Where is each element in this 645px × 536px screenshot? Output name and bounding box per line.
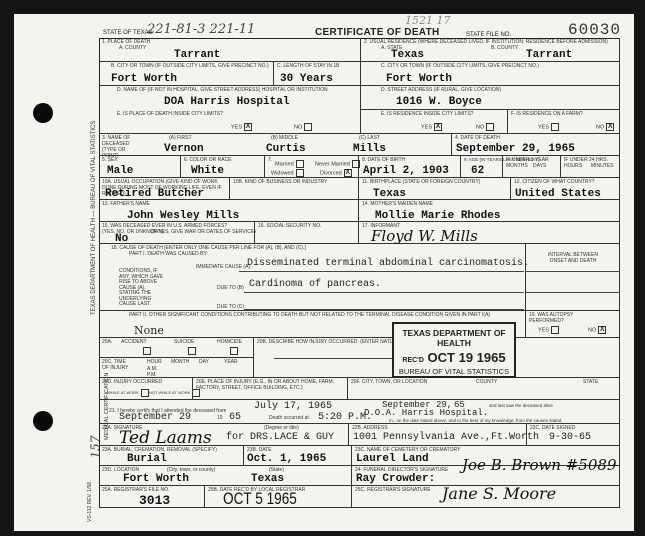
first-name-value: Vernon	[164, 143, 204, 155]
funeral-director-signature: Joe B. Brown #5089	[462, 456, 616, 474]
funeral-director-cell: 24. FUNERAL DIRECTOR'S SIGNATURE Ray Cro…	[352, 466, 620, 486]
label: e. IS PLACE OF DEATH INSIDE CITY LIMITS?	[117, 111, 223, 117]
place-county-value: Tarrant	[174, 49, 220, 61]
label: Never Married	[315, 161, 350, 167]
label: YES	[538, 124, 549, 130]
burial-date-value: Oct. 1, 1965	[247, 453, 326, 465]
father-cell: 13. FATHER'S NAME John Wesley Mills	[99, 200, 359, 222]
label: NO	[596, 124, 604, 130]
farm-yes[interactable]: YES	[538, 123, 559, 131]
stamp-date: OCT 19 1965	[428, 350, 506, 365]
label: YES	[421, 124, 432, 130]
checkbox-while-at-work[interactable]	[141, 389, 149, 397]
ssn-cell: 16. SOCIAL SECURITY NO.	[255, 222, 359, 244]
label: Minutes	[591, 163, 614, 169]
state-file-number: 60030	[568, 21, 621, 39]
injury-time-cell: 20c. TIME OF INJURY Hour a.m. p.m. Month…	[99, 358, 254, 378]
label: Month	[171, 359, 189, 365]
form-number: VS-112 REV. 1/58	[87, 482, 93, 522]
checkbox-yes[interactable]: X	[244, 123, 252, 131]
last-seen-place: D.O.A. Harris Hospital.	[364, 408, 488, 418]
handwritten-annotation: 1521 17	[405, 14, 451, 27]
attended-to-year: 65	[229, 412, 241, 423]
address-value: 1001 Pennsylvania Ave.,Ft.Worth	[353, 432, 539, 443]
injury-type-cell: 20a. ACCIDENT SUICIDE HOMICIDE	[99, 338, 254, 358]
punch-hole	[33, 411, 53, 431]
length-of-stay-value: 30 Years	[280, 73, 333, 85]
label: WHILE AT WORK	[107, 390, 139, 395]
handwritten-codes: 221-81-3 221-11	[147, 22, 255, 37]
burial-state-value: Texas	[251, 473, 284, 485]
label: c. LENGTH OF STAY in 1b	[277, 63, 340, 69]
stamp-bureau: BUREAU OF VITAL STATISTICS	[394, 367, 514, 376]
registrar-file-value: 3013	[139, 493, 170, 508]
last-name-value: Mills	[353, 143, 386, 155]
label: and last saw the deceased alive	[489, 403, 553, 409]
stamp-department: TEXAS DEPARTMENT OF HEALTH	[394, 328, 514, 348]
label: Day	[199, 359, 209, 365]
certification-cell: 21. I hereby certify that I attended the…	[99, 400, 620, 424]
label: Conditions, if any, which gave rise to a…	[119, 269, 164, 308]
registrar-signature: Jane S. Moore	[442, 484, 556, 503]
label: d. STREET ADDRESS (If rural, give locati…	[381, 87, 501, 93]
label: INTERVAL BETWEEN ONSET AND DEATH	[540, 252, 606, 264]
label: (b) Middle	[271, 135, 298, 141]
label: Married	[275, 161, 294, 167]
label: NO	[294, 124, 302, 130]
burial-type-cell: 23a. BURIAL, CREMATION, REMOVAL (Specify…	[99, 446, 244, 466]
label: 19. WAS AUTOPSY PERFORMED?	[529, 312, 609, 324]
label: (Degree or title)	[264, 425, 299, 431]
label: (a) First	[169, 135, 192, 141]
label: Divorced	[320, 170, 342, 176]
signature-cell: 22a. SIGNATURE (Degree or title) Ted Laa…	[99, 424, 349, 446]
checkbox-widowed[interactable]	[296, 169, 304, 177]
label: 5. SEX	[102, 157, 118, 163]
label: COUNTY	[476, 379, 497, 385]
place-of-death-county-cell: 1. PLACE OF DEATH a. COUNTY Tarrant	[99, 38, 361, 62]
sex-value: Male	[107, 165, 133, 177]
place-city-value: Fort Worth	[111, 73, 177, 85]
residence-city-value: Fort Worth	[386, 73, 452, 85]
stamp-recd: REC'D	[402, 357, 424, 364]
cemetery-value: Laurel Land	[356, 453, 429, 465]
informant-signature: Floyd W. Mills	[371, 227, 478, 245]
occupation-cell: 10a. USUAL OCCUPATION (Give kind of work…	[99, 178, 230, 200]
occupation-value: Retired Butcher	[105, 188, 204, 200]
label: HOMICIDE	[217, 339, 242, 345]
birthplace-value: Texas	[373, 188, 406, 200]
physician-signature: Ted Laams	[119, 428, 212, 448]
label: Hours	[564, 163, 582, 169]
part-two-value: None	[134, 324, 164, 337]
label: 20d. INJURY OCCURRED	[102, 379, 162, 385]
injury-place-cell: 20e. PLACE OF INJURY (e.g., in or about …	[193, 378, 348, 400]
degree-value: for DRS.LACE & GUY	[226, 432, 334, 443]
checkbox-yes[interactable]: X	[434, 123, 442, 131]
burial-date-cell: 23b. DATE Oct. 1, 1965	[244, 446, 352, 466]
informant-cell: 17. INFORMANT Floyd W. Mills	[359, 222, 620, 244]
received-stamp: TEXAS DEPARTMENT OF HEALTH REC'D OCT 19 …	[392, 322, 516, 378]
label: 14. MOTHER'S MAIDEN NAME	[362, 201, 433, 207]
label: b. CITY OR TOWN (If outside city limits,…	[111, 63, 269, 69]
label: (c) Last	[359, 135, 380, 141]
due-to-b-value: Cardinoma of pancreas.	[249, 279, 381, 290]
residence-county-value: Tarrant	[526, 49, 572, 61]
label: a. COUNTY	[119, 45, 146, 51]
inside-limits-no[interactable]: NO	[294, 123, 312, 131]
citizen-cell: 12. CITIZEN OF WHAT COUNTRY? United Stat…	[511, 178, 620, 200]
residence-farm-cell: f. IS RESIDENCE ON A FARM? YES NOX	[508, 110, 620, 134]
farm-no[interactable]: NOX	[596, 123, 614, 131]
label: PART I. DEATH WAS CAUSED BY:	[129, 251, 208, 257]
race-cell: 6. COLOR OR RACE White	[181, 156, 265, 178]
burial-location-cell: 23d. LOCATION (City, town, or county) (S…	[99, 466, 352, 486]
registrar-signature-cell: 25c. REGISTRAR'S SIGNATURE Jane S. Moore	[352, 486, 620, 508]
label: ACCIDENT	[121, 339, 147, 345]
label: IMMEDIATE CAUSE (a)	[196, 264, 250, 270]
label: 20c. TIME OF INJURY	[102, 359, 132, 371]
residence-inside-limits-cell: e. IS RESIDENCE INSIDE CITY LIMITS? YESX…	[361, 110, 508, 134]
checkbox-accident[interactable]	[143, 347, 151, 355]
checkbox-divorced[interactable]: X	[344, 169, 352, 177]
injury-location-cell: 20f. CITY, TOWN, OR LOCATION COUNTY STAT…	[348, 378, 620, 400]
divorced-option[interactable]: DivorcedX	[320, 169, 352, 177]
label: Widowed	[271, 170, 294, 176]
label: 25c. REGISTRAR'S SIGNATURE	[355, 487, 431, 493]
label: b. COUNTY	[491, 45, 518, 51]
label: (If yes, give war or dates of service)	[151, 229, 256, 235]
punch-hole	[33, 103, 53, 123]
residence-inside-yes[interactable]: YESX	[421, 123, 442, 131]
residence-state-county-cell: 2. USUAL RESIDENCE (Where deceased lived…	[361, 38, 620, 62]
attended-to-value: September 29	[119, 412, 191, 423]
label: e. IS RESIDENCE INSIDE CITY LIMITS?	[381, 111, 473, 117]
label: 11. BIRTHPLACE (State or foreign country…	[362, 179, 480, 185]
under-24-hours-cell: IF UNDER 24 HRS. Hours Minutes	[561, 156, 620, 178]
line	[526, 271, 620, 272]
date-signed-value: 9-30-65	[549, 432, 591, 443]
label: Death occurred at	[269, 415, 309, 421]
line	[244, 292, 524, 293]
institution-cell: d. NAME OF (If not in hospital, give str…	[99, 86, 361, 134]
label: NO	[588, 327, 596, 333]
label: 7.	[268, 157, 272, 163]
label: 20f. CITY, TOWN, OR LOCATION	[351, 379, 427, 385]
label: 22c. DATE SIGNED	[530, 425, 575, 431]
place-city-cell: b. CITY OR TOWN (If outside city limits,…	[99, 62, 274, 86]
attended-from-value: July 17, 1965	[254, 401, 332, 412]
race-value: White	[191, 165, 224, 177]
date-of-death-cell: 4. DATE OF DEATH September 29, 1965	[452, 134, 620, 156]
age-value: 62	[471, 165, 484, 177]
label: c. CITY OR TOWN (If outside city limits,…	[381, 63, 539, 69]
label: f. IS RESIDENCE ON A FARM?	[511, 111, 583, 117]
state-label: STATE OF TEXAS	[103, 30, 153, 36]
checkbox-no[interactable]	[486, 123, 494, 131]
middle-name-value: Curtis	[266, 143, 306, 155]
line	[526, 292, 620, 293]
label: Hour	[147, 359, 162, 365]
funeral-director-value: Ray Crowder:	[356, 473, 435, 485]
checkbox-no[interactable]	[304, 123, 312, 131]
under-one-year-cell: IF UNDER 1 YEAR Months Days	[503, 156, 561, 178]
dob-value: April 2, 1903	[363, 165, 449, 177]
interval-cell: INTERVAL BETWEEN ONSET AND DEATH	[526, 244, 620, 310]
line	[239, 271, 524, 272]
institution-value: DOA Harris Hospital	[164, 96, 289, 108]
never-married-option[interactable]: Never Married	[315, 160, 360, 168]
label: d. NAME OF (If not in hospital, give str…	[117, 87, 328, 93]
age-cell: 9. AGE (In years last birthday) 62	[461, 156, 503, 178]
while-at-work-option[interactable]: WHILE AT WORK	[107, 389, 149, 397]
label: YES	[231, 124, 242, 130]
label: 19	[217, 415, 223, 421]
armed-forces-cell: 15. WAS DECEASED EVER IN U.S. ARMED FORC…	[99, 222, 255, 244]
residence-city-cell: c. CITY OR TOWN (If outside city limits,…	[361, 62, 620, 86]
residence-state-value: Texas	[391, 49, 424, 61]
burial-type-value: Burial	[127, 453, 167, 465]
burial-city-value: Fort Worth	[123, 473, 189, 485]
dob-cell: 8. DATE OF BIRTH April 2, 1903	[359, 156, 461, 178]
label: NOT WHILE AT WORK	[149, 390, 190, 395]
label: 10b. KIND OF BUSINESS OR INDUSTRY	[233, 179, 327, 185]
length-of-stay-cell: c. LENGTH OF STAY in 1b 30 Years	[274, 62, 361, 86]
department-side-label: TEXAS DEPARTMENT OF HEALTH — BUREAU OF V…	[91, 121, 97, 315]
label: 12. CITIZEN OF WHAT COUNTRY?	[514, 179, 595, 185]
date-received-cell: 25b. DATE REC'D BY LOCAL REGISTRAR OCT 5…	[205, 486, 352, 508]
date-signed-cell: 22c. DATE SIGNED 9-30-65	[527, 424, 620, 446]
label: 20e. PLACE OF INJURY (e.g., in or about …	[196, 379, 346, 391]
checkbox-yes[interactable]	[551, 123, 559, 131]
registrar-file-cell: 25a. REGISTRAR'S FILE NO. 3013	[99, 486, 205, 508]
checkbox-no[interactable]: X	[598, 326, 606, 334]
label: SUICIDE	[174, 339, 194, 345]
marital-status-cell: 7. Married Never Married Widowed Divorce…	[265, 156, 359, 178]
label: 22b. ADDRESS	[352, 425, 388, 431]
autopsy-cell: 19. WAS AUTOPSY PERFORMED? YES NOX	[526, 310, 620, 338]
label: 8. DATE OF BIRTH	[362, 157, 405, 163]
injury-occurred-cell: 20d. INJURY OCCURRED WHILE AT WORK NOT W…	[99, 378, 193, 400]
father-value: John Wesley Mills	[127, 210, 239, 222]
label: Year	[224, 359, 238, 365]
autopsy-no[interactable]: NOX	[588, 326, 606, 334]
residence-inside-no[interactable]: NO	[476, 123, 494, 131]
sex-cell: 5. SEX Male	[99, 156, 181, 178]
label: DUE TO (b)	[217, 285, 244, 291]
label: YES	[538, 327, 549, 333]
label: 20a.	[102, 339, 112, 345]
residence-street-cell: d. STREET ADDRESS (If rural, give locati…	[361, 86, 620, 110]
inside-limits-yes[interactable]: YESX	[231, 123, 252, 131]
label: a.m. p.m.	[147, 366, 157, 378]
birthplace-cell: 11. BIRTHPLACE (State or foreign country…	[359, 178, 511, 200]
married-option[interactable]: Married	[275, 160, 304, 168]
label: 16. SOCIAL SECURITY NO.	[258, 223, 321, 229]
checkbox-yes[interactable]	[551, 326, 559, 334]
date-of-death-value: September 29, 1965	[456, 143, 575, 155]
autopsy-yes[interactable]: YES	[538, 326, 559, 334]
label: NO	[476, 124, 484, 130]
date-received-value: OCT 5 1965	[223, 489, 297, 509]
certificate-title: CERTIFICATE OF DEATH	[315, 27, 440, 38]
label: Days	[533, 163, 546, 169]
checkbox-married[interactable]	[296, 160, 304, 168]
label: 6. COLOR OR RACE	[184, 157, 232, 163]
deceased-name-cell: 3. NAME OF DECEASED (Type or print) (a) …	[99, 134, 452, 156]
label: 4. DATE OF DEATH	[455, 135, 500, 141]
widowed-option[interactable]: Widowed	[271, 169, 304, 177]
checkbox-suicide[interactable]	[188, 347, 196, 355]
residence-street-value: 1016 W. Boyce	[396, 96, 482, 108]
mother-cell: 14. MOTHER'S MAIDEN NAME Mollie Marie Rh…	[359, 200, 620, 222]
label: Months	[506, 163, 528, 169]
checkbox-homicide[interactable]	[230, 347, 238, 355]
cause-of-death-cell: 18. CAUSE OF DEATH [Enter only one cause…	[99, 244, 526, 310]
label: STATE	[583, 379, 598, 385]
label: PART II. OTHER SIGNIFICANT CONDITIONS CO…	[129, 312, 490, 318]
citizen-value: United States	[515, 188, 601, 200]
checkbox-no[interactable]: X	[606, 123, 614, 131]
immediate-cause-value: Disseminated terminal abdominal carcinom…	[247, 258, 529, 269]
address-cell: 22b. ADDRESS 1001 Pennsylvania Ave.,Ft.W…	[349, 424, 527, 446]
business-cell: 10b. KIND OF BUSINESS OR INDUSTRY	[230, 178, 359, 200]
mother-value: Mollie Marie Rhodes	[375, 210, 500, 222]
label: 13. FATHER'S NAME	[102, 201, 150, 207]
